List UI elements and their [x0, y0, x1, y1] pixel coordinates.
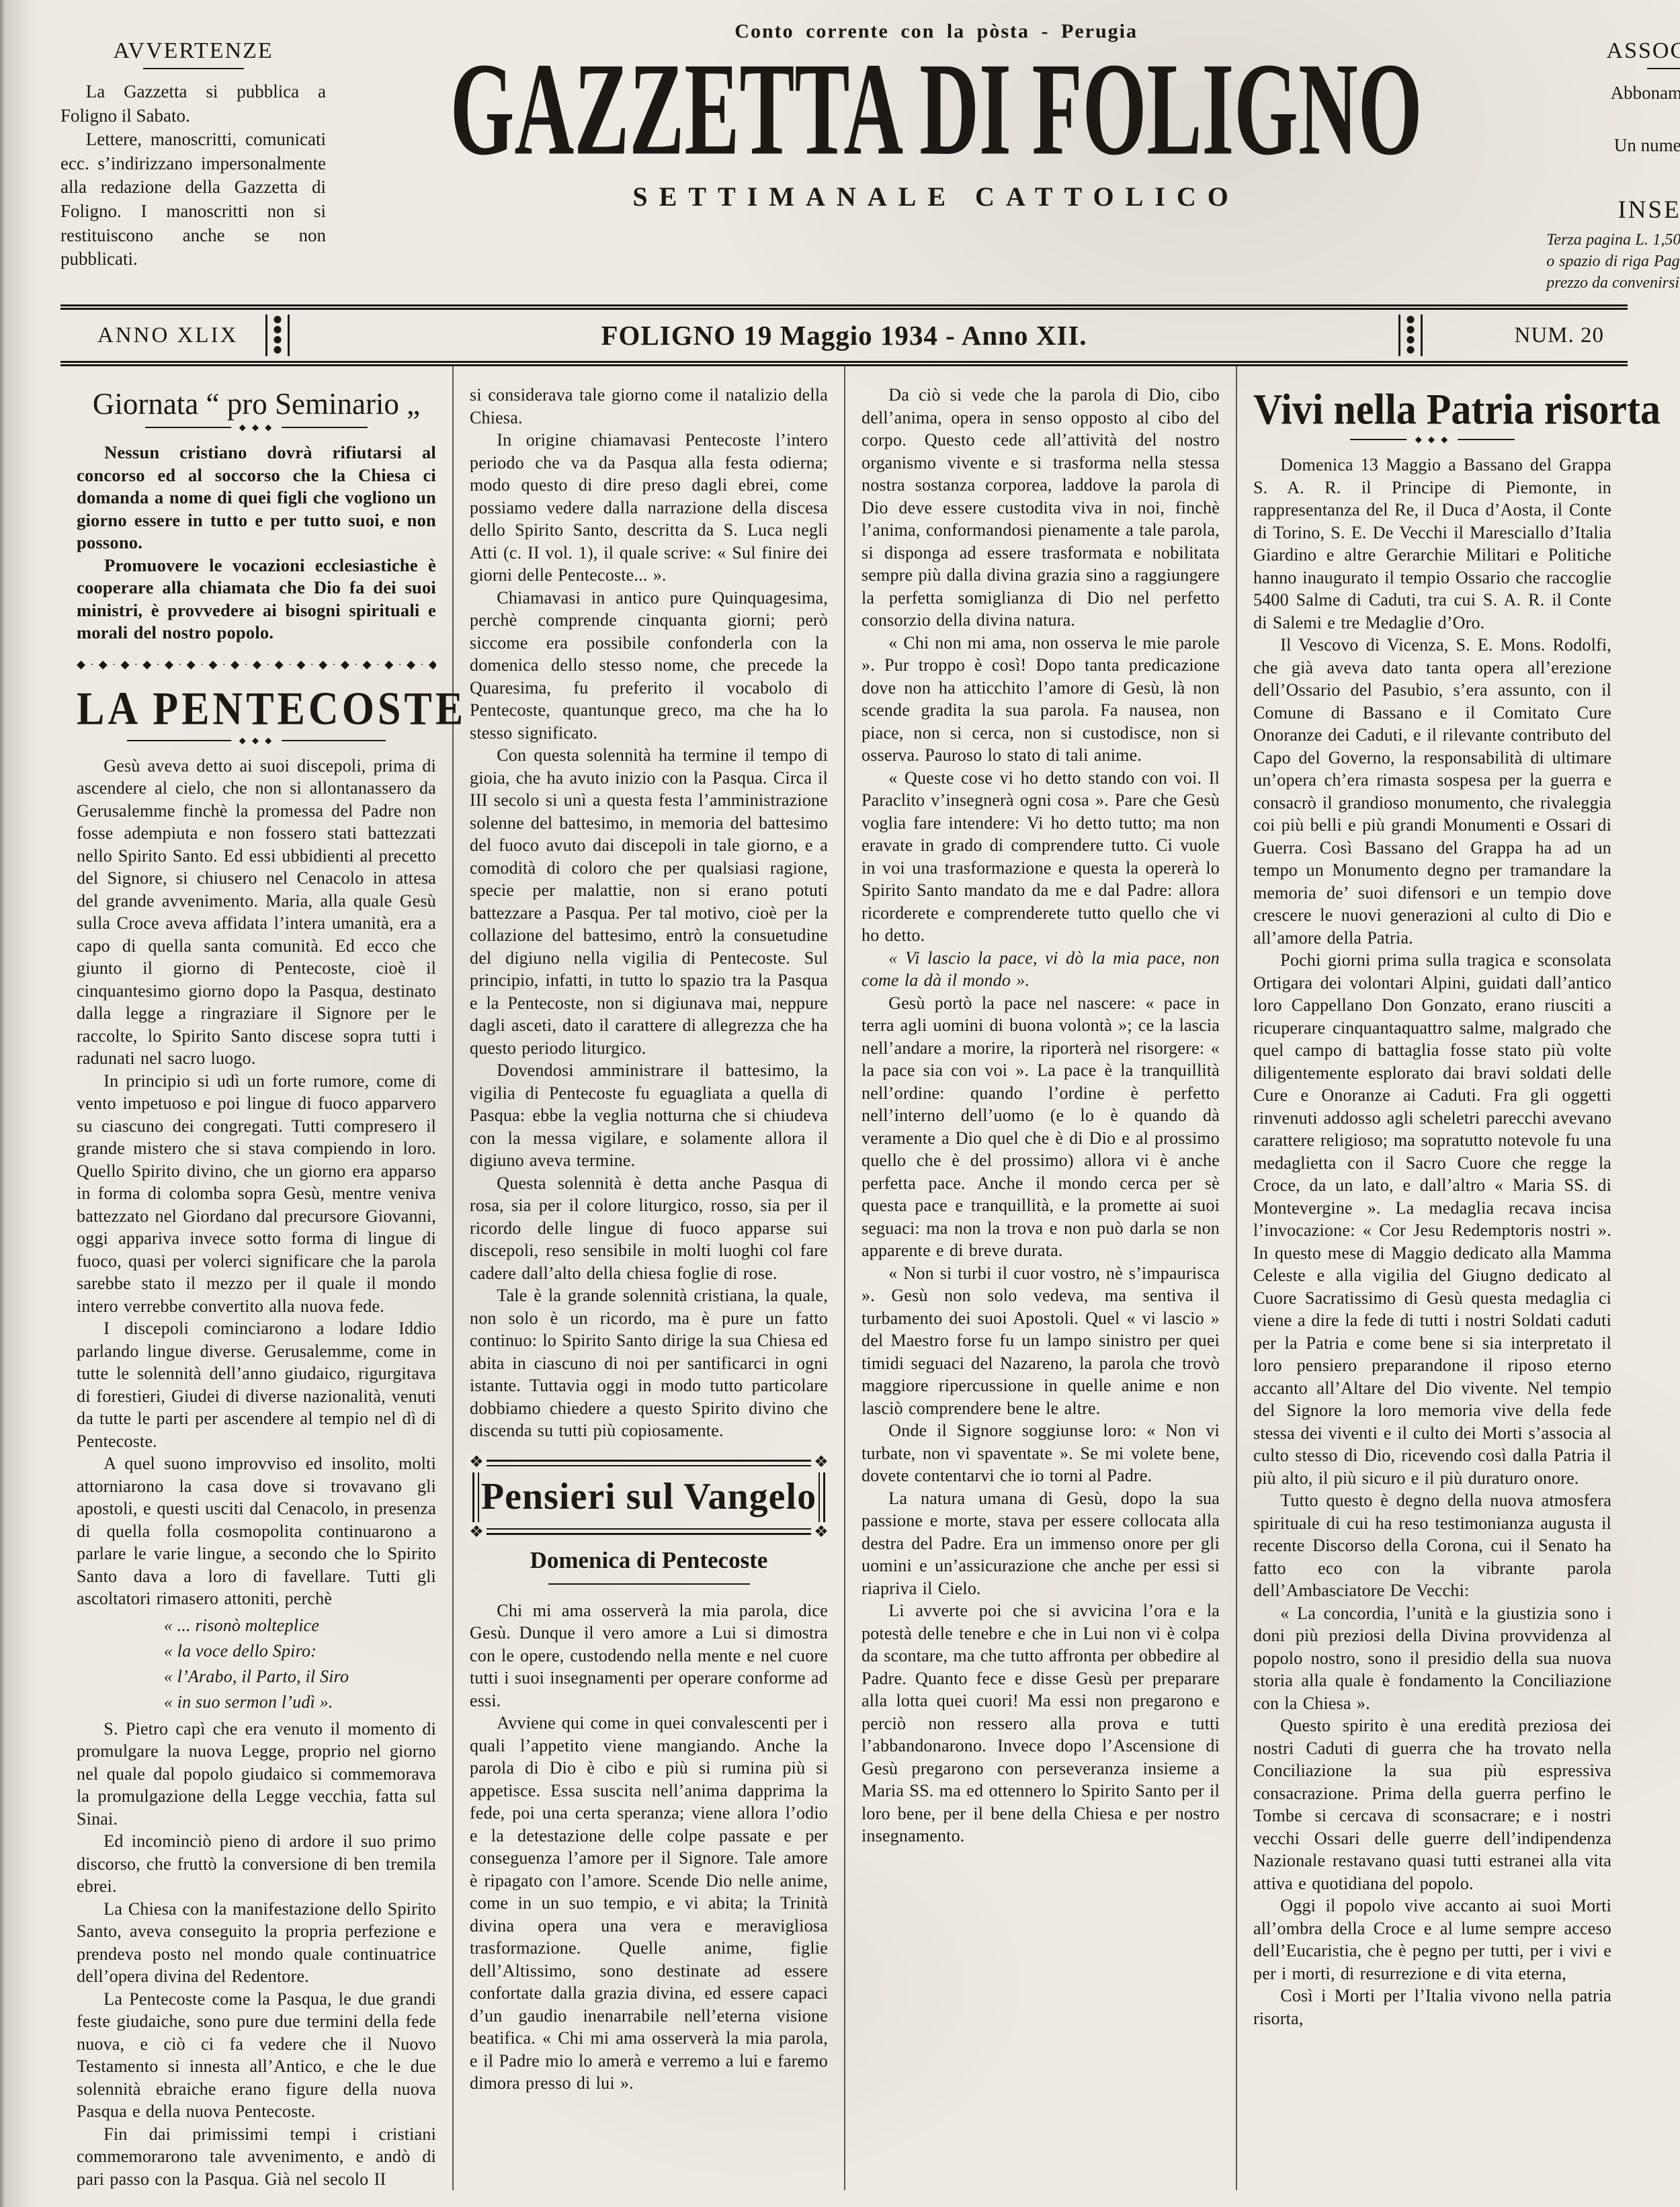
section-title-pensieri: Pensieri sul Vangelo: [480, 1475, 818, 1518]
ornament-diamond-bar: [1398, 315, 1423, 356]
article-paragraph: Oggi il popolo vive accanto ai suoi Mort…: [1253, 1894, 1611, 1985]
dateline-bar: ANNO XLIX FOLIGNO 19 Maggio 1934 - Anno …: [60, 304, 1628, 366]
dateline-number: NUM. 20: [1426, 323, 1628, 348]
dateline-issue-date: FOLIGNO 19 Maggio 1934 - Anno XII.: [293, 319, 1395, 351]
article-paragraph: Dovendosi amministrare il battesimo, la …: [470, 1059, 828, 1172]
box-corner-ornament: [811, 1452, 831, 1472]
avvertenze-paragraph: La Gazzetta si pubblica a Foligno il Sab…: [60, 80, 326, 128]
article-paragraph: « Chi non mi ama, non osserva le mie par…: [862, 632, 1220, 767]
subscription-rates: Abbonamento ordinario L. 10 sostenitore …: [1546, 80, 1680, 185]
article-paragraph: In origine chiamavasi Pentecoste l’inter…: [470, 429, 828, 587]
box-corner-ornament: [811, 1522, 831, 1542]
article-paragraph: Fin dai primissimi tempi i cristiani com…: [77, 2123, 436, 2191]
article-paragraph: Così i Morti per l’Italia vivono nella p…: [1253, 1985, 1611, 2030]
article-paragraph: Con questa solennità ha termine il tempo…: [470, 744, 828, 1059]
rate-row: Un numero separato Cent. 20: [1546, 132, 1680, 159]
title-underline: [1647, 68, 1680, 69]
title-underline: [143, 68, 244, 69]
section-subtitle-domenica: Domenica di Pentecoste: [470, 1547, 828, 1574]
pensieri-title-box: Pensieri sul Vangelo: [472, 1460, 825, 1535]
article-paragraph: La Pentecoste come la Pasqua, le due gra…: [77, 1988, 436, 2123]
ornament-diamond-chain: ◆·◆·◆·◆·◆·◆·◆·◆·◆·◆·◆·◆·◆·◆·◆·◆·◆·◆: [77, 658, 436, 671]
rate-row: » » arretrato » 50: [1546, 159, 1680, 185]
rate-label: » » arretrato »: [1546, 159, 1680, 185]
article-paragraph: Chi mi ama osserverà la mia parola, dice…: [470, 1599, 828, 1712]
article-title-seminario: Giornata “ pro Seminario „: [77, 386, 436, 421]
article-paragraph: « Non si turbi il cuor vostro, nè s’impa…: [862, 1262, 1220, 1420]
hymn-verse: « ... risonò molteplice « la voce dello …: [164, 1613, 349, 1715]
title-divider: [127, 740, 386, 741]
inserzioni-title: INSERZIONI: [1546, 194, 1680, 227]
article-paragraph: S. Pietro capì che era venuto il momento…: [77, 1718, 436, 1831]
article-columns: Giornata “ pro Seminario „ Nessun cristi…: [60, 366, 1628, 2190]
article-paragraph: La natura umana di Gesù, dopo la sua pas…: [862, 1487, 1220, 1600]
newspaper-title: GAZZETTA DI FOLIGNO: [450, 19, 1423, 201]
article-paragraph: Gesù aveva detto ai suoi discepoli, prim…: [77, 755, 436, 1070]
article-paragraph: Da ciò si vede che la parola di Dio, cib…: [862, 384, 1220, 632]
article-paragraph: Avviene qui come in quei convalescenti p…: [470, 1712, 828, 2095]
article-paragraph: Domenica 13 Maggio a Bassano del Grappa …: [1253, 454, 1611, 634]
article-paragraph: I discepoli cominciarono a lodare Iddio …: [77, 1317, 436, 1452]
article-paragraph: Li avverte poi che si avvicina l’ora e l…: [862, 1599, 1220, 1847]
article-paragraph: Chiamavasi in antico pure Quinquagesima,…: [470, 587, 828, 745]
article-paragraph: Onde il Signore soggiunse loro: « Non vi…: [862, 1419, 1220, 1487]
title-divider: [145, 427, 368, 428]
avvertenze-title: AVVERTENZE: [60, 36, 326, 67]
article-paragraph: Questo spirito è una eredità preziosa de…: [1253, 1714, 1611, 1894]
title-divider: [1350, 439, 1515, 440]
article-paragraph: si considerava tale giorno come il natal…: [470, 384, 828, 429]
verse-line: « ... risonò molteplice: [164, 1613, 349, 1638]
column-3: Da ciò si vede che la parola di Dio, cib…: [844, 366, 1236, 2190]
article-paragraph: Gesù portò la pace nel nascere: « pace i…: [862, 992, 1220, 1262]
verse-line: « l’Arabo, il Parto, il Siro: [164, 1664, 349, 1690]
article-paragraph: In principio si udì un forte rumore, com…: [77, 1070, 436, 1318]
article-paragraph: Ed incominciò pieno di ardore il suo pri…: [77, 1830, 436, 1898]
dateline-year: ANNO XLIX: [60, 323, 262, 348]
article-paragraph: Pochi giorni prima sulla tragica e scons…: [1253, 949, 1611, 1489]
newspaper-page: AVVERTENZE La Gazzetta si pubblica a Fol…: [0, 0, 1680, 2190]
article-paragraph: « Vi lascio la pace, vi dò la mia pace, …: [862, 947, 1220, 992]
article-paragraph: A quel suono improvviso ed insolito, mol…: [77, 1452, 436, 1610]
article-title-pentecoste: LA PENTECOSTE: [77, 680, 436, 737]
article-paragraph: « La concordia, l’unità e la giustizia s…: [1253, 1602, 1611, 1715]
inserzioni-text: Terza pagina L. 1,50 - Quarta L. 1,00 pe…: [1546, 230, 1680, 294]
avvertenze-box: AVVERTENZE La Gazzetta si pubblica a Fol…: [60, 19, 326, 272]
rate-row: Abbonamento ordinario L. 10: [1546, 80, 1680, 106]
article-paragraph: Nessun cristiano dovrà rifiutarsi al con…: [77, 442, 436, 554]
verse-line: « in suo sermon l’udì ».: [164, 1690, 349, 1715]
article-title-vivi: Vivi nella Patria risorta: [1253, 383, 1611, 435]
rate-row: sostenitore » 20: [1546, 106, 1680, 132]
box-corner-ornament: [466, 1522, 487, 1542]
column-4: Vivi nella Patria risorta Domenica 13 Ma…: [1236, 366, 1628, 2190]
article-paragraph: Questa solennità è detta anche Pasqua di…: [470, 1172, 828, 1285]
rate-label: Abbonamento ordinario L.: [1546, 80, 1680, 106]
associazione-box: ASSOCIAZIONE Abbonamento ordinario L. 10…: [1546, 19, 1680, 294]
rate-label: sostenitore »: [1546, 106, 1680, 132]
article-paragraph: Tale è la grande solennità cristiana, la…: [470, 1284, 828, 1442]
ornament-diamond-bar: [265, 315, 290, 356]
masthead: AVVERTENZE La Gazzetta si pubblica a Fol…: [60, 19, 1628, 294]
article-paragraph: Il Vescovo di Vicenza, S. E. Mons. Rodol…: [1253, 634, 1611, 949]
associazione-title: ASSOCIAZIONE: [1546, 36, 1680, 67]
article-paragraph: « Queste cose vi ho detto stando con voi…: [862, 767, 1220, 947]
column-2: si considerava tale giorno come il natal…: [452, 366, 844, 2190]
verse-line: « la voce dello Spiro:: [164, 1638, 349, 1664]
article-paragraph: Promuovere le vocazioni ecclesiastiche è…: [77, 554, 436, 644]
avvertenze-paragraph: Lettere, manoscritti, comunicati ecc. s’…: [60, 128, 326, 272]
article-paragraph: La Chiesa con la manifestazione dello Sp…: [77, 1898, 436, 1988]
column-1: Giornata “ pro Seminario „ Nessun cristi…: [60, 366, 452, 2190]
title-divider: [548, 1583, 750, 1585]
brand-block: Conto corrente con la pòsta - Perugia GA…: [343, 19, 1529, 212]
article-paragraph: Tutto questo è degno della nuova atmosfe…: [1253, 1489, 1611, 1602]
rate-label: Un numero separato Cent.: [1546, 132, 1680, 159]
box-corner-ornament: [466, 1452, 487, 1472]
